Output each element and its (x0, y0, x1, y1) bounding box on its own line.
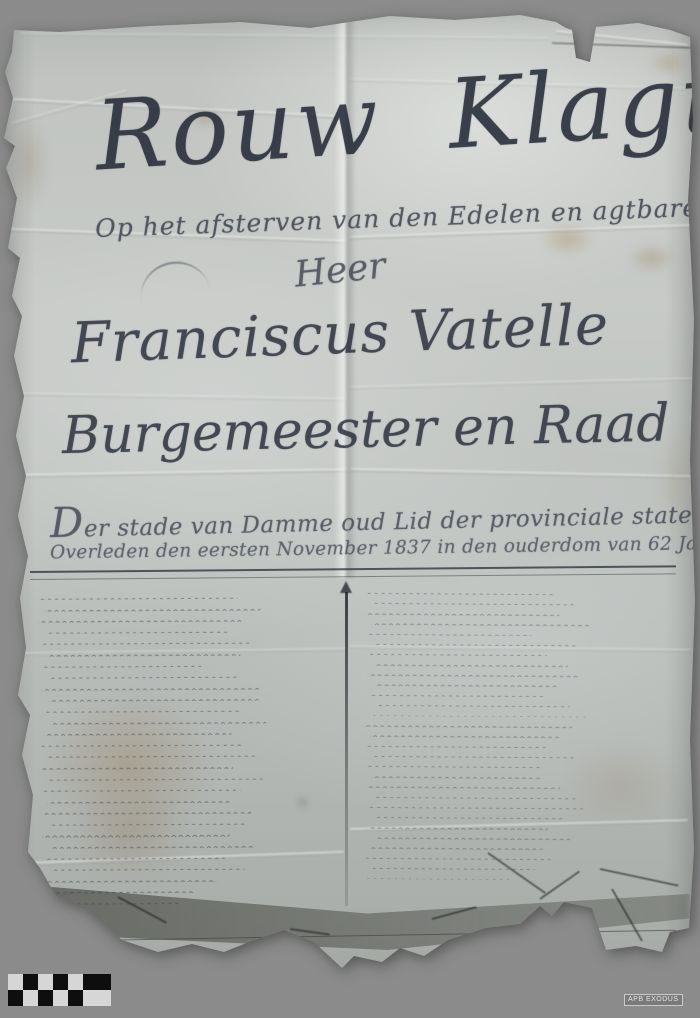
calibration-bar (83, 974, 111, 990)
calibration-square (53, 990, 68, 1006)
crease-line (350, 468, 694, 479)
paper-wrapper: Rouw Klagt Op het afsterven van den Edel… (0, 0, 700, 1018)
calibration-square (8, 990, 23, 1006)
color-calibration-target (8, 974, 111, 1006)
calibration-bar (83, 990, 111, 1006)
calibration-square (23, 990, 38, 1006)
watermark-label: APB EXODUS (624, 994, 683, 1006)
stain (628, 243, 674, 273)
crease-line (18, 468, 348, 478)
calligraphic-flourish (136, 256, 211, 302)
poem-line (46, 644, 288, 657)
calibration-square (53, 974, 68, 990)
document-title: Rouw Klagt (91, 27, 674, 212)
calibration-square (8, 974, 23, 990)
calibration-square (68, 990, 83, 1006)
calibration-square (38, 974, 53, 990)
poem-column-right (362, 584, 684, 882)
calibration-square (23, 974, 38, 990)
poem-line (363, 869, 564, 881)
poem-column-left (37, 587, 341, 905)
deceased-name: Franciscus Vatelle (69, 293, 611, 377)
photograph-of-document: Rouw Klagt Op het afsterven van den Edel… (0, 0, 700, 1018)
crease-line (350, 377, 692, 390)
center-fold-line (345, 592, 348, 906)
calibration-square (38, 990, 53, 1006)
document-paper: Rouw Klagt Op het afsterven van den Edel… (0, 0, 700, 1018)
office-line: Burgemeester en Raad (61, 394, 652, 466)
stain (8, 115, 50, 210)
calibration-square (68, 974, 83, 990)
